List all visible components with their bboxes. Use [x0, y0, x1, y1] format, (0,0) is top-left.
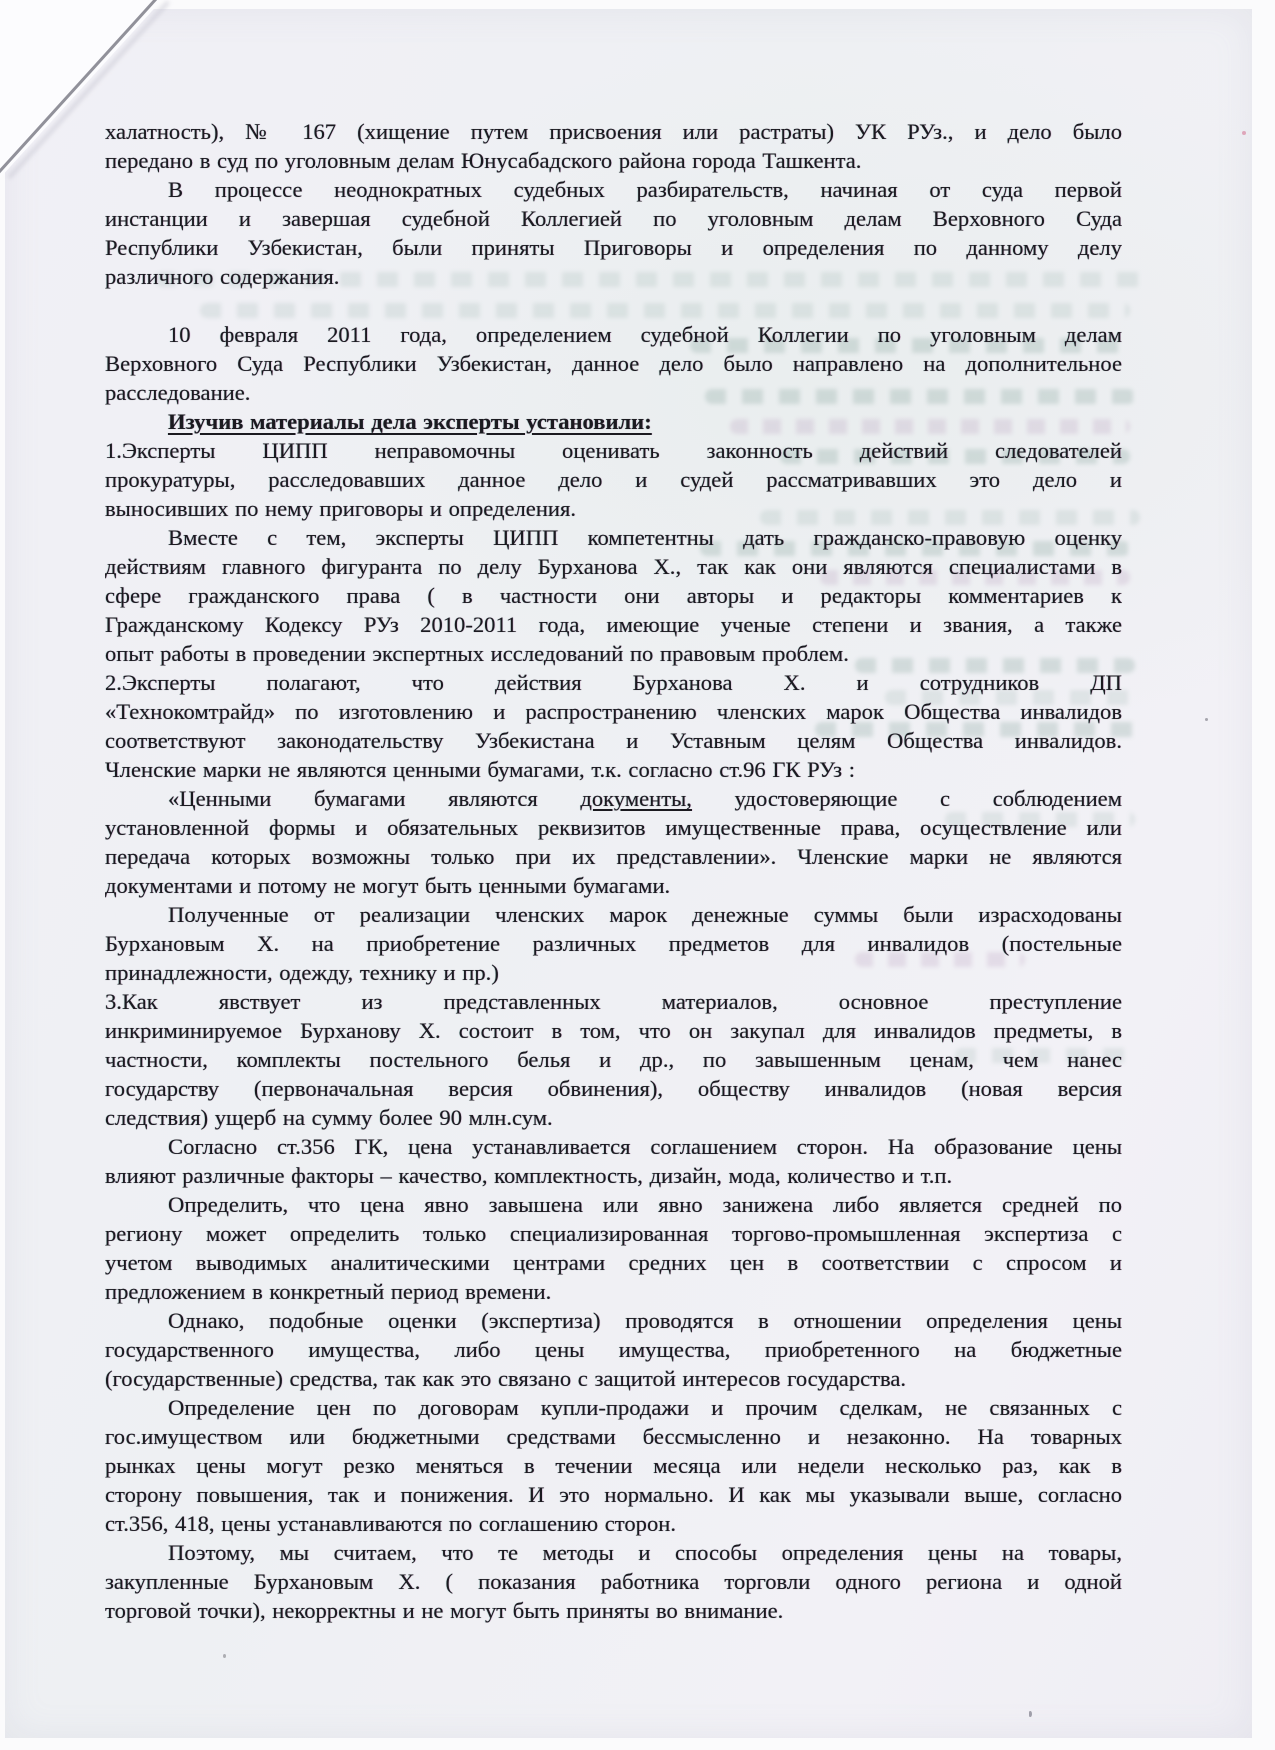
text-line: Членские марки не являются ценными бумаг… [105, 755, 1122, 784]
para-court-proceedings: В процессе неоднократных судебных разбир… [105, 175, 1122, 291]
text-line: рынках цены могут резко меняться в течен… [105, 1451, 1122, 1480]
para-feb-2011-ruling: 10 февраля 2011 года, определением судеб… [105, 320, 1122, 407]
text-line: Изучив материалы дела эксперты установил… [105, 407, 1122, 436]
text-line: прокуратуры, расследовавших данное дело … [105, 465, 1122, 494]
para-point-1: 1.Эксперты ЦИПП неправомочны оценивать з… [105, 436, 1122, 523]
scan-speck [1205, 718, 1208, 721]
text-line: сфере гражданского права ( в частности о… [105, 581, 1122, 610]
section-heading-experts-established: Изучив материалы дела эксперты установил… [105, 407, 1122, 436]
text-line: 10 февраля 2011 года, определением судеб… [105, 320, 1122, 349]
text-line: Согласно ст.356 ГК, цена устанавливается… [105, 1132, 1122, 1161]
text-line: инстанции и завершая судебной Коллегией … [105, 204, 1122, 233]
para-experts-competence: Вместе с тем, эксперты ЦИПП компетентны … [105, 523, 1122, 668]
text-line: 1.Эксперты ЦИПП неправомочны оценивать з… [105, 436, 1122, 465]
text-line: Определить, что цена явно завышена или я… [105, 1190, 1122, 1219]
text-line: опыт работы в проведении экспертных иссл… [105, 639, 1122, 668]
underlined-term: документы, [580, 786, 692, 811]
para-market-prices: Определение цен по договорам купли-прода… [105, 1393, 1122, 1538]
text-run: «Ценными бумагами являются [168, 786, 580, 811]
text-line: установленной формы и обязательных рекви… [105, 813, 1122, 842]
text-line: «Ценными бумагами являются документы, уд… [105, 784, 1122, 813]
para-conclusion: Поэтому, мы считаем, что те методы и спо… [105, 1538, 1122, 1625]
text-line: предложением в конкретный период времени… [105, 1277, 1122, 1306]
text-line: «Технокомтрайд» по изготовлению и распро… [105, 697, 1122, 726]
text-line: (государственные) средства, так как это … [105, 1364, 1122, 1393]
text-line: влияют различные факторы – качество, ком… [105, 1161, 1122, 1190]
scan-canvas: { "doc": { "language": "ru", "kind": "sc… [0, 0, 1275, 1750]
text-line: частности, комплекты постельного белья и… [105, 1045, 1122, 1074]
text-line: сторону повышения, так и понижения. И эт… [105, 1480, 1122, 1509]
text-line: Полученные от реализации членских марок … [105, 900, 1122, 929]
scan-speck [1242, 131, 1246, 135]
text-line: 2.Эксперты полагают, что действия Бурхан… [105, 668, 1122, 697]
text-line: гос.имуществом или бюджетными средствами… [105, 1422, 1122, 1451]
text-line: государственного имущества, либо цены им… [105, 1335, 1122, 1364]
text-line: ст.356, 418, цены устанавливаются по сог… [105, 1509, 1122, 1538]
text-line: Однако, подобные оценки (экспертиза) про… [105, 1306, 1122, 1335]
text-line: расследование. [105, 378, 1122, 407]
text-line: принадлежности, одежду, технику и пр.) [105, 958, 1122, 987]
text-line: действиям главного фигуранта по делу Бур… [105, 552, 1122, 581]
text-line: документами и потому не могут быть ценны… [105, 871, 1122, 900]
text-line: 3.Как явствует из представленных материа… [105, 987, 1122, 1016]
para-continuation-charges: халатность), № 167 (хищение путем присво… [105, 117, 1122, 175]
para-securities-quote: «Ценными бумагами являются документы, уд… [105, 784, 1122, 900]
text-line: региону может определить только специали… [105, 1219, 1122, 1248]
para-point-3: 3.Как явствует из представленных материа… [105, 987, 1122, 1132]
text-line: Вместе с тем, эксперты ЦИПП компетентны … [105, 523, 1122, 552]
text-line: следствия) ущерб на сумму более 90 млн.с… [105, 1103, 1122, 1132]
para-price-expertise: Определить, что цена явно завышена или я… [105, 1190, 1122, 1306]
text-line: Бурхановым Х. на приобретение различных … [105, 929, 1122, 958]
text-line: Республики Узбекистан, были приняты Приг… [105, 233, 1122, 262]
para-article-356: Согласно ст.356 ГК, цена устанавливается… [105, 1132, 1122, 1190]
text-line: соответствуют законодательству Узбекиста… [105, 726, 1122, 755]
text-line: государству (первоначальная версия обвин… [105, 1074, 1122, 1103]
text-line: выносивших по нему приговоры и определен… [105, 494, 1122, 523]
text-line: Гражданскому Кодексу РУз 2010-2011 года,… [105, 610, 1122, 639]
scan-speck [1029, 1711, 1032, 1717]
text-line: халатность), № 167 (хищение путем присво… [105, 117, 1122, 146]
document-body: халатность), № 167 (хищение путем присво… [105, 117, 1122, 1625]
para-state-property: Однако, подобные оценки (экспертиза) про… [105, 1306, 1122, 1393]
text-line: инкриминируемое Бурханову Х. состоит в т… [105, 1016, 1122, 1045]
para-proceeds-spent: Полученные от реализации членских марок … [105, 900, 1122, 987]
text-line: передача которых возможны только при их … [105, 842, 1122, 871]
text-line: торговой точки), некорректны и не могут … [105, 1596, 1122, 1625]
text-run: удостоверяющие с соблюдением [692, 786, 1122, 811]
scan-speck [223, 1654, 226, 1658]
text-line: различного содержания. [105, 262, 1122, 291]
text-line: В процессе неоднократных судебных разбир… [105, 175, 1122, 204]
text-line: Верховного Суда Республики Узбекистан, д… [105, 349, 1122, 378]
text-line: Поэтому, мы считаем, что те методы и спо… [105, 1538, 1122, 1567]
para-point-2: 2.Эксперты полагают, что действия Бурхан… [105, 668, 1122, 784]
text-line: закупленные Бурхановым Х. ( показания ра… [105, 1567, 1122, 1596]
text-line: учетом выводимых аналитическими центрами… [105, 1248, 1122, 1277]
text-line: Определение цен по договорам купли-прода… [105, 1393, 1122, 1422]
document-page: халатность), № 167 (хищение путем присво… [5, 9, 1252, 1738]
text-line: передано в суд по уголовным делам Юнусаб… [105, 146, 1122, 175]
